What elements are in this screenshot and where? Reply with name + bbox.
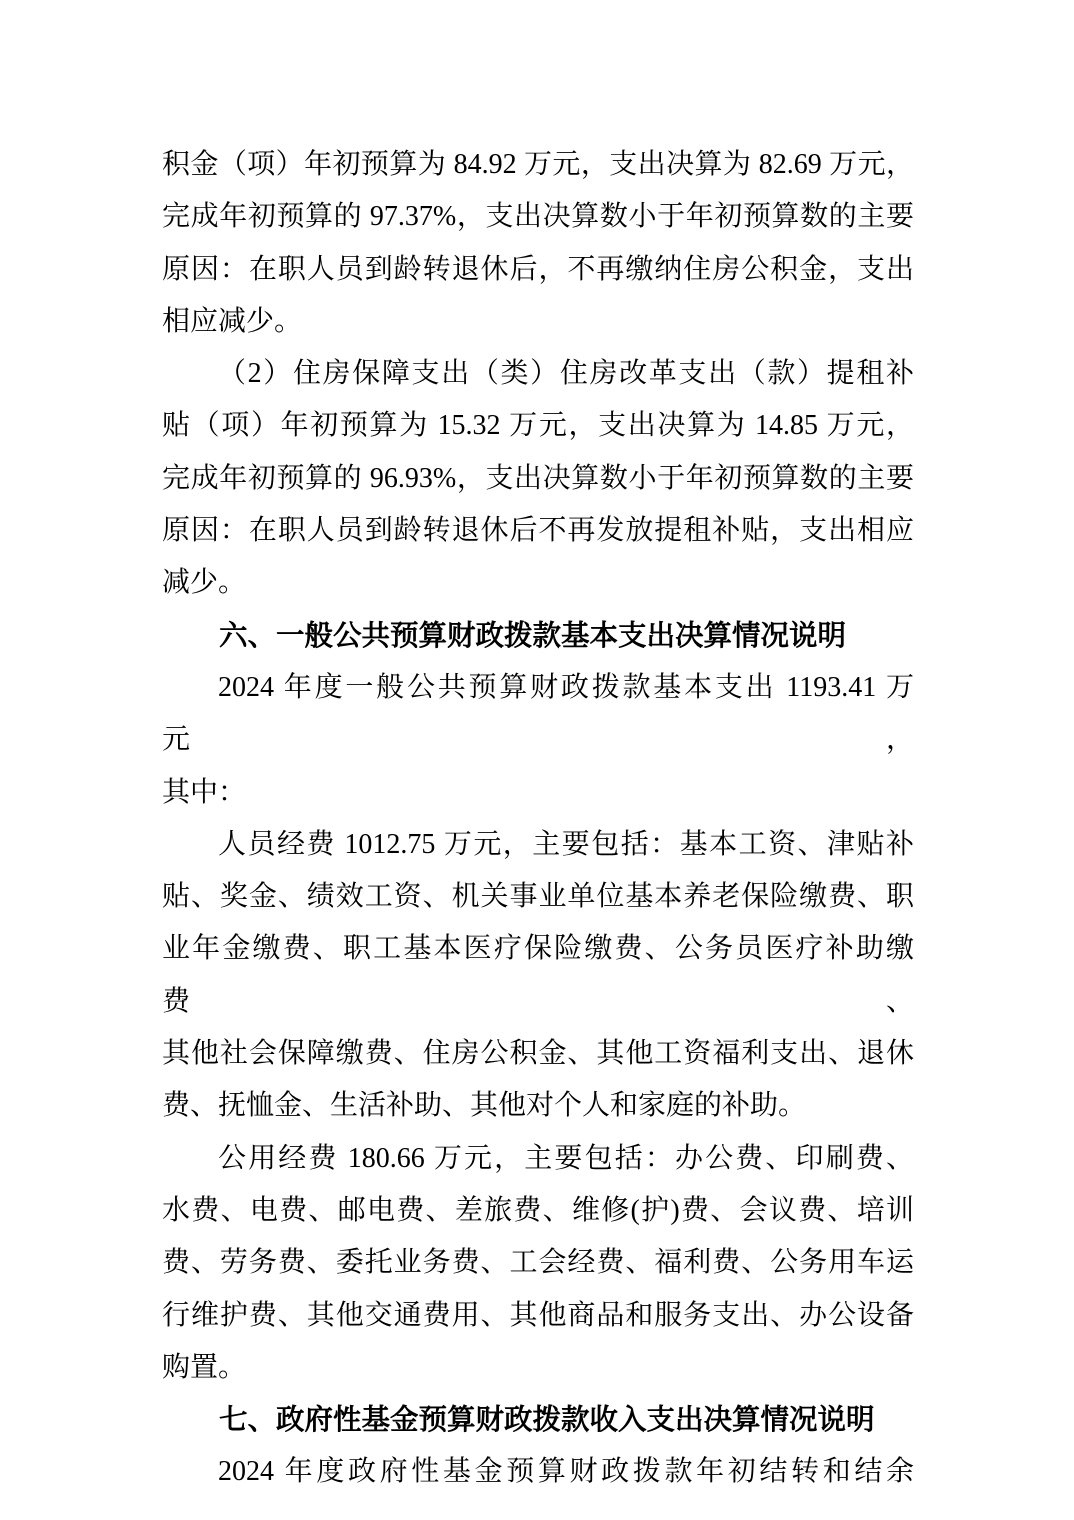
text-line: 贴、奖金、绩效工资、机关事业单位基本养老保险缴费、职 <box>162 871 914 923</box>
text-line: 其他社会保障缴费、住房公积金、其他工资福利支出、退休 <box>162 1028 914 1080</box>
text-line: （2）住房保障支出（类）住房改革支出（款）提租补 <box>162 348 914 400</box>
text-line: 原因：在职人员到龄转退休后，不再缴纳住房公积金，支出 <box>162 244 914 296</box>
document-page: 积金（项）年初预算为 84.92 万元，支出决算为 82.69 万元， 完成年初… <box>0 0 1074 1520</box>
text-line: 公用经费 180.66 万元，主要包括：办公费、印刷费、 <box>162 1133 914 1185</box>
text-line: 积金（项）年初预算为 84.92 万元，支出决算为 82.69 万元， <box>162 139 914 191</box>
text-line: 购置。 <box>162 1342 914 1394</box>
section-heading-six: 六、一般公共预算财政拨款基本支出决算情况说明 <box>162 610 914 662</box>
text-line: 完成年初预算的 97.37%，支出决算数小于年初预算数的主要 <box>162 191 914 243</box>
text-line: 2024 年度政府性基金预算财政拨款年初结转和结余 <box>162 1446 914 1498</box>
text-line: 2024 年度一般公共预算财政拨款基本支出 1193.41 万元， <box>162 662 914 767</box>
text-line: 贴（项）年初预算为 15.32 万元，支出决算为 14.85 万元， <box>162 400 914 452</box>
text-line: 业年金缴费、职工基本医疗保险缴费、公务员医疗补助缴费、 <box>162 923 914 1028</box>
text-line: 其中： <box>162 767 914 819</box>
text-line: 减少。 <box>162 557 914 609</box>
text-line: 人员经费 1012.75 万元，主要包括：基本工资、津贴补 <box>162 819 914 871</box>
section-heading-seven: 七、政府性基金预算财政拨款收入支出决算情况说明 <box>162 1394 914 1446</box>
text-line: 原因：在职人员到龄转退休后不再发放提租补贴，支出相应 <box>162 505 914 557</box>
text-line: 完成年初预算的 96.93%，支出决算数小于年初预算数的主要 <box>162 453 914 505</box>
text-line: 行维护费、其他交通费用、其他商品和服务支出、办公设备 <box>162 1290 914 1342</box>
text-line: 费、劳务费、委托业务费、工会经费、福利费、公务用车运 <box>162 1237 914 1289</box>
text-line: 相应减少。 <box>162 296 914 348</box>
text-line: 费、抚恤金、生活补助、其他对个人和家庭的补助。 <box>162 1080 914 1132</box>
document-body: 积金（项）年初预算为 84.92 万元，支出决算为 82.69 万元， 完成年初… <box>162 139 914 1499</box>
text-line: 水费、电费、邮电费、差旅费、维修(护)费、会议费、培训 <box>162 1185 914 1237</box>
